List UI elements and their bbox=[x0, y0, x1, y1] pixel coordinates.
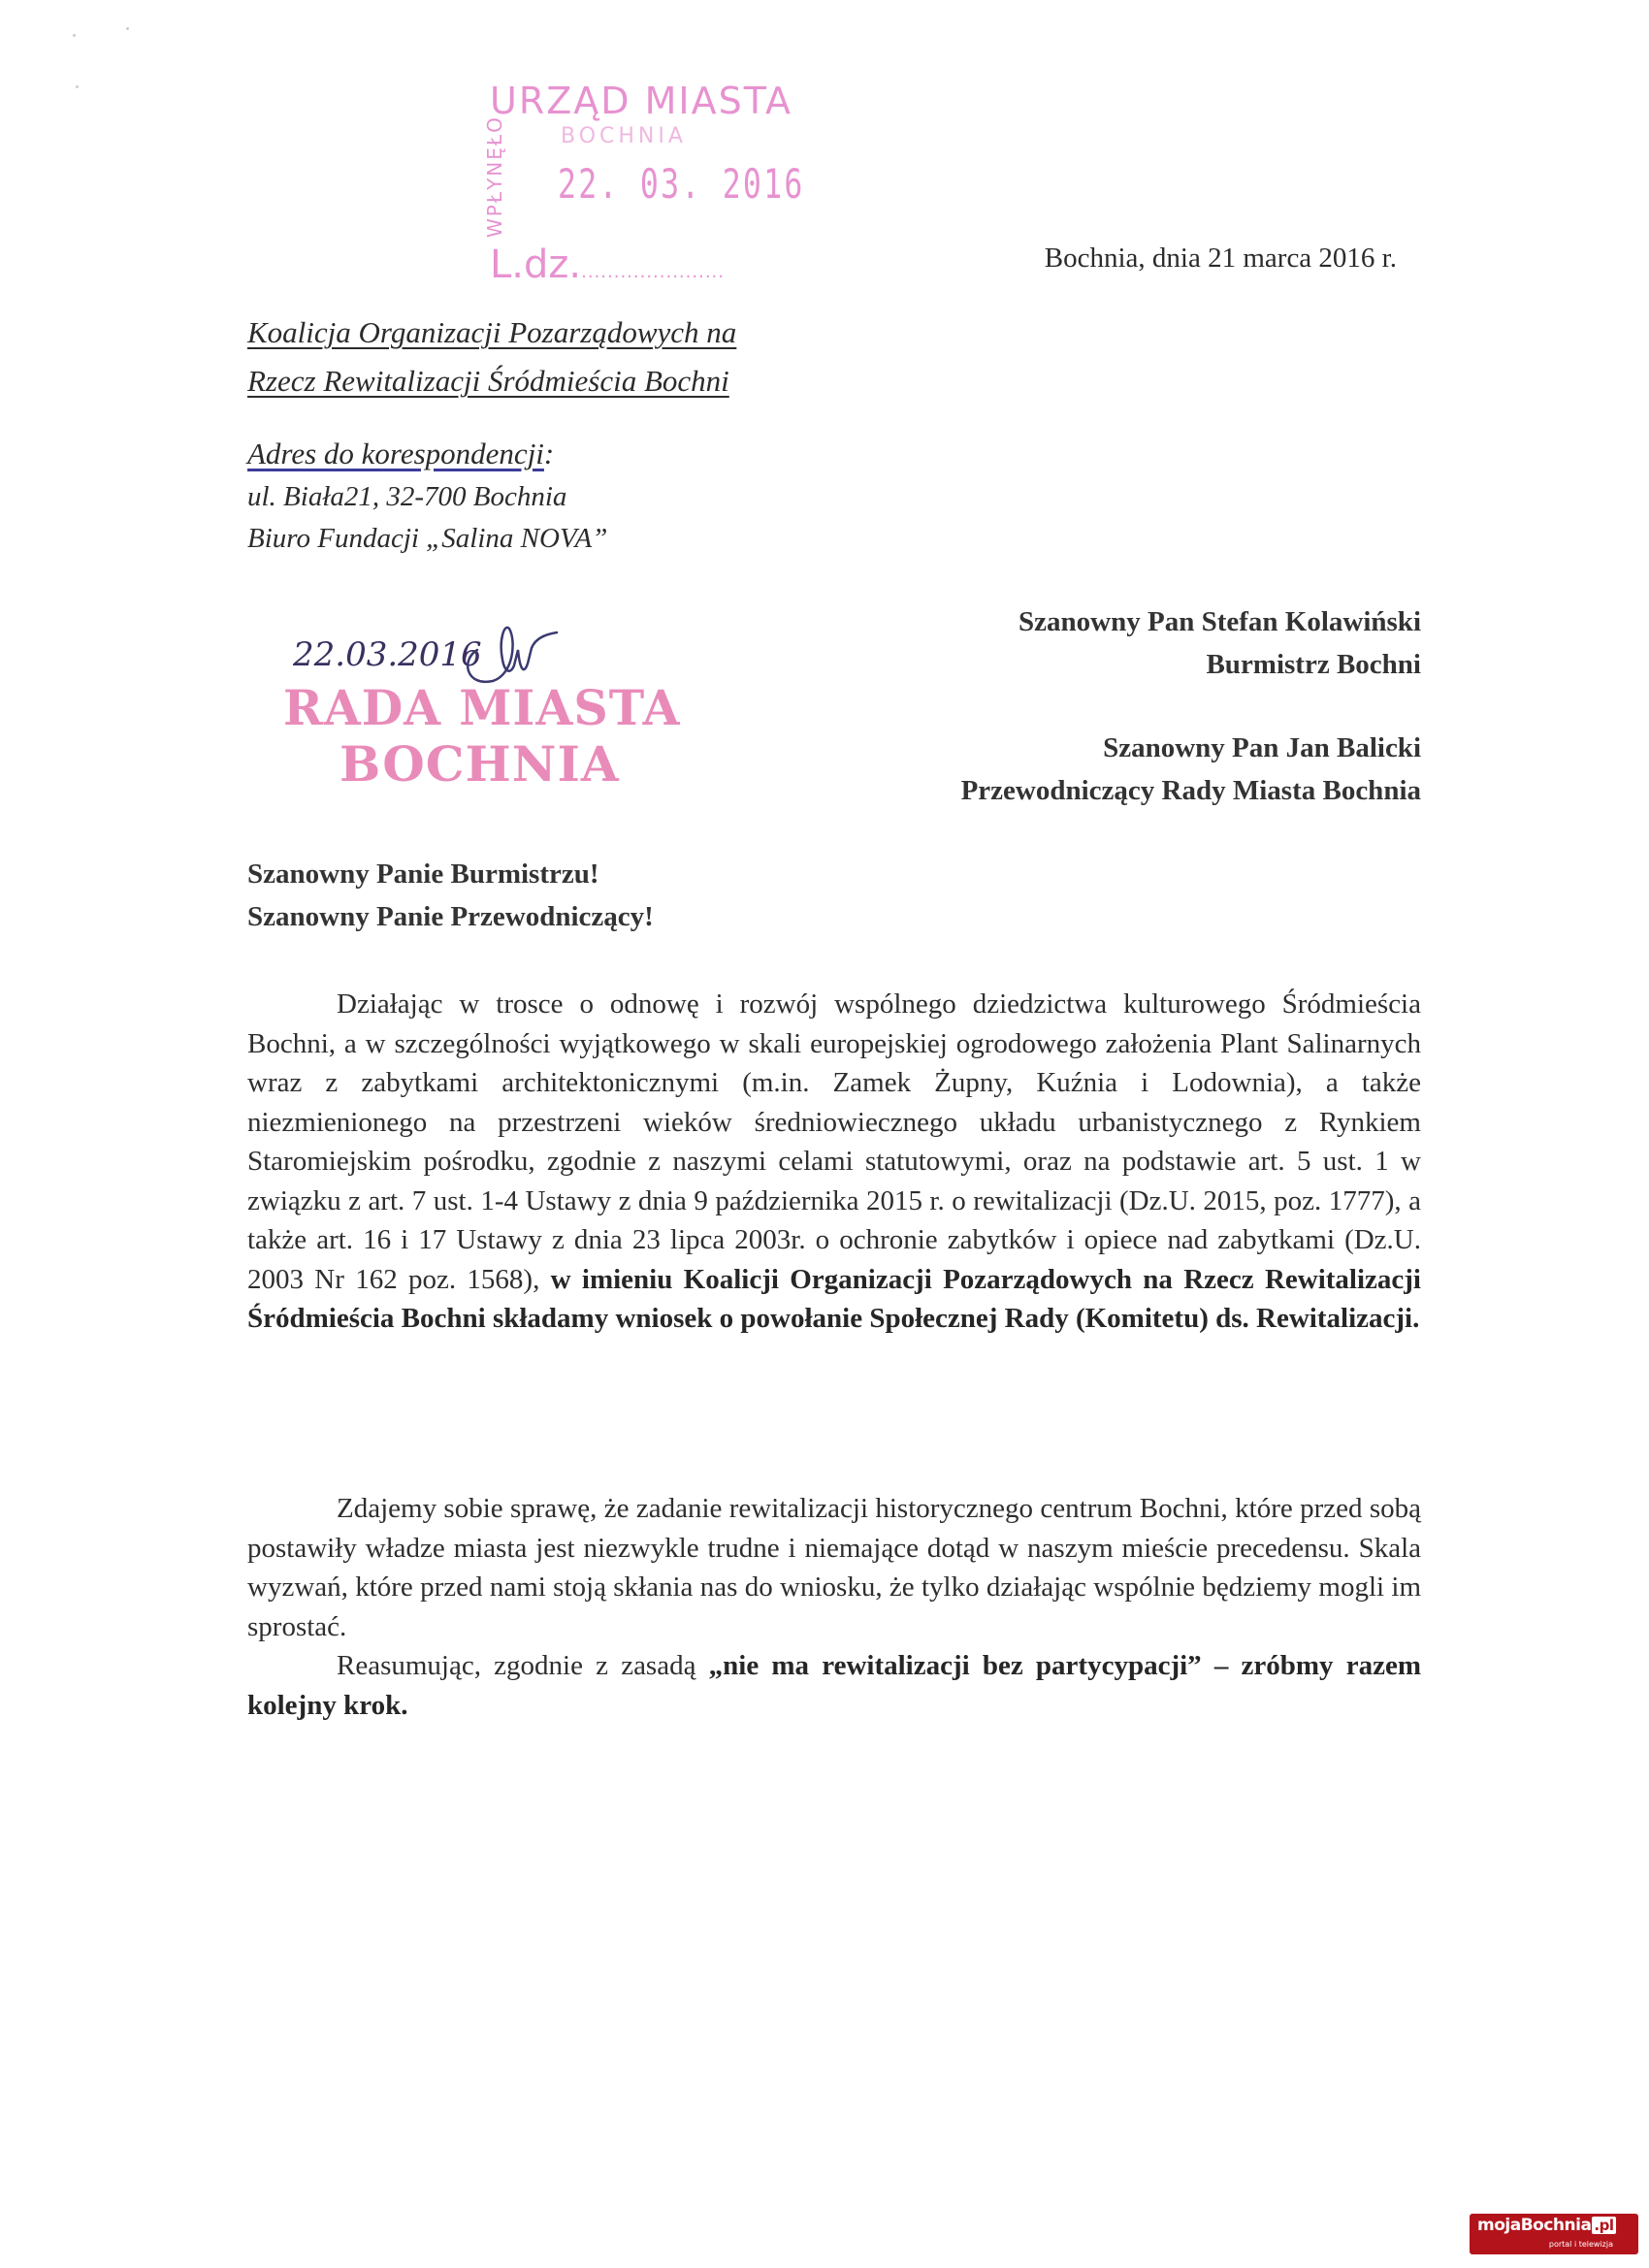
watermark-tld: .pl bbox=[1592, 2217, 1615, 2234]
address-label-text: Adres do korespondencji bbox=[247, 437, 544, 470]
body-paragraph-2: Zdajemy sobie sprawę, że zadanie rewital… bbox=[247, 1489, 1421, 1646]
watermark-brand: mojaBochnia.pl bbox=[1477, 2216, 1616, 2235]
stamp-ldz: L.dz....................... bbox=[490, 243, 725, 287]
scan-speck bbox=[76, 85, 79, 88]
address-line1: ul. Biała21, 32-700 Bochnia bbox=[247, 481, 566, 513]
salutation-2: Szanowny Panie Przewodniczący! bbox=[247, 901, 654, 933]
salutation-1: Szanowny Panie Burmistrzu! bbox=[247, 859, 599, 891]
scan-speck bbox=[126, 27, 129, 30]
watermark-logo: mojaBochnia.pl portal i telewizja bbox=[1470, 2214, 1638, 2254]
handwritten-date: 22.03.2016 bbox=[293, 635, 482, 674]
sender-org-line1: Koalicja Organizacji Pozarządowych na bbox=[247, 315, 736, 350]
scan-speck bbox=[73, 34, 76, 37]
stamp-received-date: 22. 03. 2016 bbox=[558, 160, 805, 208]
stamp-ldz-dots: ...................... bbox=[581, 262, 725, 282]
stamp-office-name: URZĄD MIASTA bbox=[490, 80, 792, 122]
body-paragraph-3: Reasumując, zgodnie z zasadą „nie ma rew… bbox=[247, 1646, 1421, 1725]
paragraph-1-text: Działając w trosce o odnowę i rozwój wsp… bbox=[247, 988, 1421, 1295]
paragraph-3-text: Reasumując, zgodnie z zasadą bbox=[337, 1650, 709, 1681]
council-stamp-city: BOCHNIA bbox=[339, 735, 620, 793]
address-label-colon: : bbox=[544, 437, 554, 471]
stamp-city: BOCHNIA bbox=[561, 124, 687, 148]
recipient-2-title: Przewodniczący Rady Miasta Bochnia bbox=[961, 775, 1421, 807]
recipient-1-title: Burmistrz Bochni bbox=[1206, 649, 1421, 681]
body-paragraph-1: Działając w trosce o odnowę i rozwój wsp… bbox=[247, 985, 1421, 1339]
stamp-ldz-label: L.dz. bbox=[490, 243, 581, 287]
watermark-brand-text: mojaBochnia bbox=[1477, 2216, 1591, 2235]
recipient-1-name: Szanowny Pan Stefan Kolawiński bbox=[1018, 606, 1421, 638]
sender-org-line2: Rzecz Rewitalizacji Śródmieścia Bochni bbox=[247, 364, 729, 399]
address-line2: Biuro Fundacji „Salina NOVA” bbox=[247, 523, 607, 555]
address-label: Adres do korespondencji: bbox=[247, 437, 554, 471]
council-stamp-title: RADA MIASTA bbox=[283, 679, 680, 736]
stamp-received-label: WPŁYNĘŁO bbox=[483, 115, 506, 238]
recipient-2-name: Szanowny Pan Jan Balicki bbox=[1103, 732, 1421, 764]
letter-date: Bochnia, dnia 21 marca 2016 r. bbox=[1045, 243, 1397, 275]
watermark-tagline: portal i telewizja bbox=[1549, 2240, 1613, 2249]
